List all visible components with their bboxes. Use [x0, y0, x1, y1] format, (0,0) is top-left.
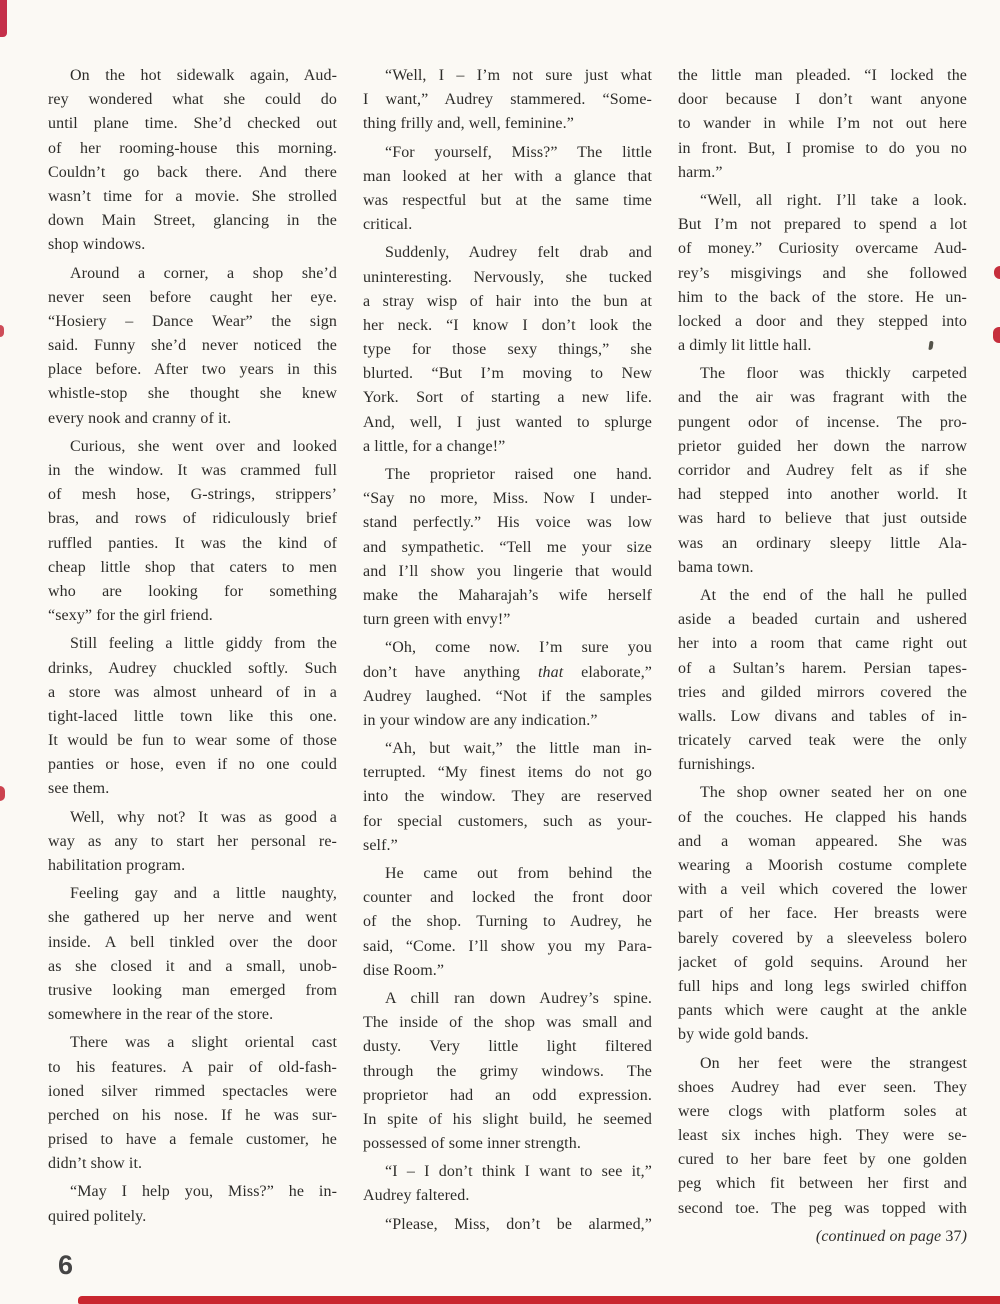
red-page-edge-right-lower	[993, 327, 1000, 343]
text-line: uninteresting. Nervously, she tucked	[363, 266, 652, 290]
text-line: as she closed it and a small, unob-	[48, 955, 337, 979]
text-line: way as any to start her personal re-	[48, 830, 337, 854]
text-line: were clogs with platform soles at	[678, 1100, 967, 1124]
text-line: But I’m not prepared to spend a lot	[678, 213, 967, 237]
text-line: cured to her bare feet by one golden	[678, 1148, 967, 1172]
text-line: least six inches high. They were se-	[678, 1124, 967, 1148]
text-line: Feeling gay and a little naughty,	[48, 882, 337, 906]
text-line: in front. But, I promise to do you no	[678, 137, 967, 161]
text-line: I want,” Audrey stammered. “Some-	[363, 88, 652, 112]
text-line: part of her face. Her breasts were	[678, 902, 967, 926]
text-line: until plane time. She’d checked out	[48, 112, 337, 136]
red-page-edge-bottom	[78, 1296, 1000, 1304]
paragraph: At the end of the hall he pulledaside a …	[678, 584, 967, 778]
text-line: was hard to believe that just outside	[678, 507, 967, 531]
text-line: man looked at her with a glance that	[363, 165, 652, 189]
text-line: her into a room that came right out	[678, 632, 967, 656]
paragraph: “I – I don’t think I want to see it,”Aud…	[363, 1160, 652, 1208]
text-line: to wander in while I’m not out here	[678, 112, 967, 136]
text-line: aside a beaded curtain and ushered	[678, 608, 967, 632]
text-line: a dimly lit little hall.	[678, 334, 967, 358]
text-line: In spite of his slight build, he seemed	[363, 1108, 652, 1132]
paragraph: The shop owner seated her on oneof the c…	[678, 781, 967, 1047]
text-line: And, well, I just wanted to splurge	[363, 411, 652, 435]
paragraph: the little man pleaded. “I locked thedoo…	[678, 64, 967, 185]
text-line: bras, and rows of ridiculously brief	[48, 507, 337, 531]
text-line: “Ah, but wait,” the little man in-	[363, 737, 652, 761]
text-line: tight-laced little town like this one.	[48, 705, 337, 729]
text-line: proprietor had an odd expression.	[363, 1084, 652, 1108]
text-line: “Say no more, Miss. Now I under-	[363, 487, 652, 511]
text-line: Audrey laughed. “Not if the samples	[363, 685, 652, 709]
text-line: every nook and cranny of it.	[48, 407, 337, 431]
paragraph: There was a slight oriental castto his f…	[48, 1031, 337, 1176]
text-line: thing frilly and, well, feminine.”	[363, 112, 652, 136]
text-line: Audrey faltered.	[363, 1184, 652, 1208]
text-line: Suddenly, Audrey felt drab and	[363, 241, 652, 265]
text-line: panties or hose, even if no one could	[48, 753, 337, 777]
text-line: of a Sultan’s harem. Persian tapes-	[678, 657, 967, 681]
text-line: turn green with envy!”	[363, 608, 652, 632]
paragraph: “Ah, but wait,” the little man in-terrup…	[363, 737, 652, 858]
text-line: a little, for a change!”	[363, 435, 652, 459]
text-line: “I – I don’t think I want to see it,”	[363, 1160, 652, 1184]
text-line: terrupted. “My finest items do not go	[363, 761, 652, 785]
text-line: the little man pleaded. “I locked the	[678, 64, 967, 88]
text-line: prised to have a female customer, he	[48, 1128, 337, 1152]
text-line: Couldn’t go back there. And there	[48, 161, 337, 185]
text-line: of mesh hose, G-strings, strippers’	[48, 483, 337, 507]
text-line: corridor and Audrey felt as if she	[678, 459, 967, 483]
text-line: possessed of some inner strength.	[363, 1132, 652, 1156]
text-line: and the air was fragrant with the	[678, 386, 967, 410]
red-page-edge-left-upper	[0, 325, 4, 337]
text-line: pants which were caught at the ankle	[678, 999, 967, 1023]
text-line: dusty. Very little light filtered	[363, 1035, 652, 1059]
text-line: drinks, Audrey chuckled softly. Such	[48, 657, 337, 681]
paragraph: The floor was thickly carpetedand the ai…	[678, 362, 967, 580]
text-line: dise Room.”	[363, 959, 652, 983]
text-line: said. Funny she’d never noticed the	[48, 334, 337, 358]
text-line: and I’ll show you lingerie that would	[363, 560, 652, 584]
red-page-edge-left-lower	[0, 786, 5, 801]
paragraph: “Oh, come now. I’m sure youdon’t have an…	[363, 636, 652, 733]
text-line: “Well, I – I’m not sure just what	[363, 64, 652, 88]
text-line: cheap little shop that caters to men	[48, 556, 337, 580]
text-line: through the grimy windows. The	[363, 1060, 652, 1084]
text-line: It would be fun to wear some of those	[48, 729, 337, 753]
text-line: furnishings.	[678, 753, 967, 777]
text-line: quired politely.	[48, 1205, 337, 1229]
text-column-3: the little man pleaded. “I locked thedoo…	[678, 64, 967, 1249]
text-line: wasn’t time for a movie. She strolled	[48, 185, 337, 209]
text-line: pungent odor of incense. The pro-	[678, 411, 967, 435]
text-line: rey’s misgivings and she followed	[678, 262, 967, 286]
text-line: somewhere in the rear of the store.	[48, 1003, 337, 1027]
paragraph: “Please, Miss, don’t be alarmed,”	[363, 1213, 652, 1237]
text-line: habilitation program.	[48, 854, 337, 878]
paragraph: (continued on page 37)	[678, 1225, 967, 1249]
text-line: peg which fit between her first and	[678, 1172, 967, 1196]
paragraph: Well, why not? It was as good away as an…	[48, 806, 337, 879]
paragraph: Around a corner, a shop she’dnever seen …	[48, 262, 337, 431]
text-line: counter and locked the front door	[363, 886, 652, 910]
text-line: blurted. “But I’m moving to New	[363, 362, 652, 386]
text-line: A chill ran down Audrey’s spine.	[363, 987, 652, 1011]
text-line: make the Maharajah’s wife herself	[363, 584, 652, 608]
text-line: barely covered by a sleeveless bolero	[678, 927, 967, 951]
text-line: Well, why not? It was as good a	[48, 806, 337, 830]
text-line: door because I don’t want anyone	[678, 88, 967, 112]
paragraph: Suddenly, Audrey felt drab anduninterest…	[363, 241, 652, 459]
text-line: “Well, all right. I’ll take a look.	[678, 189, 967, 213]
text-line: of her rooming-house this morning.	[48, 137, 337, 161]
paragraph: “Well, I – I’m not sure just whatI want,…	[363, 64, 652, 137]
text-line: down Main Street, glancing in the	[48, 209, 337, 233]
text-line: stand perfectly.” His voice was low	[363, 511, 652, 535]
text-line: she gathered up her nerve and went	[48, 906, 337, 930]
text-line: York. Sort of starting a new life.	[363, 386, 652, 410]
text-line: “Please, Miss, don’t be alarmed,”	[363, 1213, 652, 1237]
text-line: walls. Low divans and tables of in-	[678, 705, 967, 729]
text-line: tries and gilded mirrors covered the	[678, 681, 967, 705]
paragraph: The proprietor raised one hand.“Say no m…	[363, 463, 652, 632]
text-line: by wide gold bands.	[678, 1023, 967, 1047]
text-line: was respectful but at the same time	[363, 189, 652, 213]
text-line: him to the back of the store. He un-	[678, 286, 967, 310]
text-line: “For yourself, Miss?” The little	[363, 141, 652, 165]
text-line: On the hot sidewalk again, Aud-	[48, 64, 337, 88]
paragraph: “May I help you, Miss?” he in-quired pol…	[48, 1180, 337, 1228]
red-page-edge-right-upper	[994, 266, 1000, 279]
text-line: There was a slight oriental cast	[48, 1031, 337, 1055]
text-line: The shop owner seated her on one	[678, 781, 967, 805]
text-line: At the end of the hall he pulled	[678, 584, 967, 608]
text-line: ioned silver rimmed spectacles were	[48, 1080, 337, 1104]
text-line: rey wondered what she could do	[48, 88, 337, 112]
text-line: He came out from behind the	[363, 862, 652, 886]
red-page-edge-top-left	[0, 0, 7, 37]
text-line: ruffled panties. It was the kind of	[48, 532, 337, 556]
text-line: perched on his nose. If he was sur-	[48, 1104, 337, 1128]
text-column-2: “Well, I – I’m not sure just whatI want,…	[363, 64, 652, 1249]
text-line: “May I help you, Miss?” he in-	[48, 1180, 337, 1204]
text-line: Still feeling a little giddy from the	[48, 632, 337, 656]
text-line: The floor was thickly carpeted	[678, 362, 967, 386]
text-line: self.”	[363, 834, 652, 858]
text-line: harm.”	[678, 161, 967, 185]
text-line: On her feet were the strangest	[678, 1052, 967, 1076]
text-line: Curious, she went over and looked	[48, 435, 337, 459]
text-line: The proprietor raised one hand.	[363, 463, 652, 487]
paragraph: A chill ran down Audrey’s spine.The insi…	[363, 987, 652, 1156]
text-columns: On the hot sidewalk again, Aud-rey wonde…	[48, 64, 967, 1249]
text-line: and a woman appeared. She was	[678, 830, 967, 854]
text-line: who are looking for something	[48, 580, 337, 604]
text-line: tricately carved teak were the only	[678, 729, 967, 753]
paragraph: He came out from behind thecounter and l…	[363, 862, 652, 983]
paragraph: On the hot sidewalk again, Aud-rey wonde…	[48, 64, 337, 258]
text-line: in the window. It was crammed full	[48, 459, 337, 483]
text-line: trusive looking man emerged from	[48, 979, 337, 1003]
text-line: locked a door and they stepped into	[678, 310, 967, 334]
text-line: said, “Come. I’ll show you my Para-	[363, 935, 652, 959]
text-line: second toe. The peg was topped with	[678, 1197, 967, 1221]
text-line: in your window are any indication.”	[363, 709, 652, 733]
text-line: wearing a Moorish costume complete	[678, 854, 967, 878]
text-line: was an ordinary sleepy little Ala-	[678, 532, 967, 556]
text-line: bama town.	[678, 556, 967, 580]
scanned-magazine-page: On the hot sidewalk again, Aud-rey wonde…	[0, 0, 1000, 1304]
text-line: to his features. A pair of old-fash-	[48, 1056, 337, 1080]
text-column-1: On the hot sidewalk again, Aud-rey wonde…	[48, 64, 337, 1249]
text-line: had stepped into another world. It	[678, 483, 967, 507]
paragraph: Still feeling a little giddy from thedri…	[48, 632, 337, 801]
text-line: Around a corner, a shop she’d	[48, 262, 337, 286]
text-line: “sexy” for the girl friend.	[48, 604, 337, 628]
text-line: of the couches. He clapped his hands	[678, 806, 967, 830]
text-line: “Oh, come now. I’m sure you	[363, 636, 652, 660]
text-line: shoes Audrey had ever seen. They	[678, 1076, 967, 1100]
text-line: critical.	[363, 213, 652, 237]
text-line: jacket of gold sequins. Around her	[678, 951, 967, 975]
text-line: and sympathetic. “Tell me your size	[363, 536, 652, 560]
text-line: didn’t show it.	[48, 1152, 337, 1176]
text-line: her neck. “I know I don’t look the	[363, 314, 652, 338]
paragraph: Feeling gay and a little naughty,she gat…	[48, 882, 337, 1027]
paragraph: On her feet were the strangestshoes Audr…	[678, 1052, 967, 1221]
paragraph: “Well, all right. I’ll take a look.But I…	[678, 189, 967, 358]
text-line: with a veil which covered the lower	[678, 878, 967, 902]
text-line: a store was almost unheard of in a	[48, 681, 337, 705]
text-line: a stray wisp of hair into the bun at	[363, 290, 652, 314]
text-line: shop windows.	[48, 233, 337, 257]
text-line: of money.” Curiosity overcame Aud-	[678, 237, 967, 261]
text-line: never seen before caught her eye.	[48, 286, 337, 310]
page-number: 6	[58, 1250, 73, 1281]
text-line: (continued on page 37)	[678, 1225, 967, 1249]
text-line: inside. A bell tinkled over the door	[48, 931, 337, 955]
text-line: whistle-stop she thought she knew	[48, 382, 337, 406]
text-line: “Hosiery – Dance Wear” the sign	[48, 310, 337, 334]
text-line: place before. After two years in this	[48, 358, 337, 382]
text-line: of the shop. Turning to Audrey, he	[363, 910, 652, 934]
text-line: full hips and long legs swirled chiffon	[678, 975, 967, 999]
text-line: see them.	[48, 777, 337, 801]
text-line: for special customers, such as your-	[363, 810, 652, 834]
paragraph: Curious, she went over and lookedin the …	[48, 435, 337, 629]
text-line: The inside of the shop was small and	[363, 1011, 652, 1035]
text-line: prietor guided her down the narrow	[678, 435, 967, 459]
text-line: into the window. They are reserved	[363, 785, 652, 809]
paragraph: “For yourself, Miss?” The littleman look…	[363, 141, 652, 238]
text-line: don’t have anything that elaborate,”	[363, 661, 652, 685]
text-line: type for those sexy things,” she	[363, 338, 652, 362]
